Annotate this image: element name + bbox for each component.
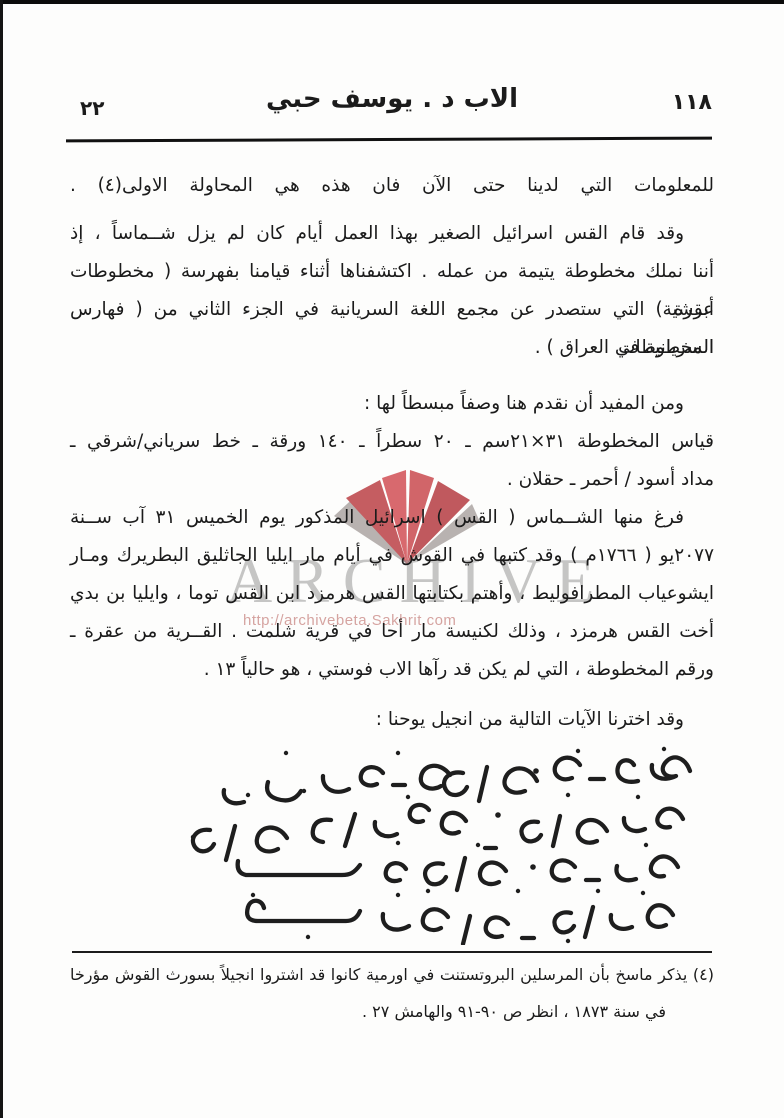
body-line: أخت القس هرمزد ، وذلك لكنيسة مار أحا في … <box>70 613 714 651</box>
footnote-line: (٤) يذكر ماسخ بأن المرسلين البروتستنت في… <box>70 960 714 990</box>
body-line: فرغ منها الشــماس ( القس ) اسرائيل المذك… <box>70 499 714 537</box>
body-line: السريانية في العراق ) . <box>70 329 714 367</box>
body-line: وقد اخترنا الآيات التالية من انجيل يوحنا… <box>70 701 714 739</box>
body-line: ٢٠٧٧يو ( ١٧٦٦م ) وقد كتبها في القوش في أ… <box>70 537 714 575</box>
page-title: الاب د . يوسف حبي <box>0 84 784 114</box>
syriac-gospel-excerpt <box>98 745 710 945</box>
body-line: أننا نملك مخطوطة يتيمة من عمله . اكتشفنا… <box>70 253 714 291</box>
body-line: قياس المخطوطة ٣١×٢١سم ـ ٢٠ سطراً ـ ١٤٠ و… <box>70 423 714 461</box>
body-line: مداد أسود / أحمر ـ حقلان . <box>70 461 714 499</box>
page-number-left: ٢٢ <box>80 96 104 120</box>
footnote-separator <box>72 951 712 953</box>
scan-edge-left <box>0 0 3 1118</box>
syriac-script-line-1 <box>224 747 690 803</box>
scanned-book-page: ARCHIVE http://archivebeta.Sakhrit.com ١… <box>0 0 784 1118</box>
body-line: ايشوعياب المطرافوليط ، وأهتم بكتابتها ال… <box>70 575 714 613</box>
syriac-script-line-3 <box>238 841 678 893</box>
footnote-line: في سنة ١٨٧٣ ، انظر ص ٩٠-٩١ والهامش ٢٧ . <box>70 997 714 1027</box>
body-line: للمعلومات التي لدينا حتى الآن فان هذه هي… <box>70 167 714 205</box>
body-line: عقرة ) التي ستصدر عن مجمع اللغة السرياني… <box>70 291 714 329</box>
body-text-block: للمعلومات التي لدينا حتى الآن فان هذه هي… <box>70 145 714 1027</box>
body-line: وقد قام القس اسرائيل الصغير بهذا العمل أ… <box>70 215 714 253</box>
syriac-script-line-4 <box>247 889 673 944</box>
body-line: ورقم المخطوطة ، التي لم يكن قد رآها الاب… <box>70 651 714 689</box>
body-line: ومن المفيد أن نقدم هنا وصفاً مبسطاً لها … <box>70 385 714 423</box>
syriac-script-line-2 <box>191 793 683 860</box>
scan-edge-top <box>0 0 784 4</box>
header-rule <box>66 137 712 143</box>
